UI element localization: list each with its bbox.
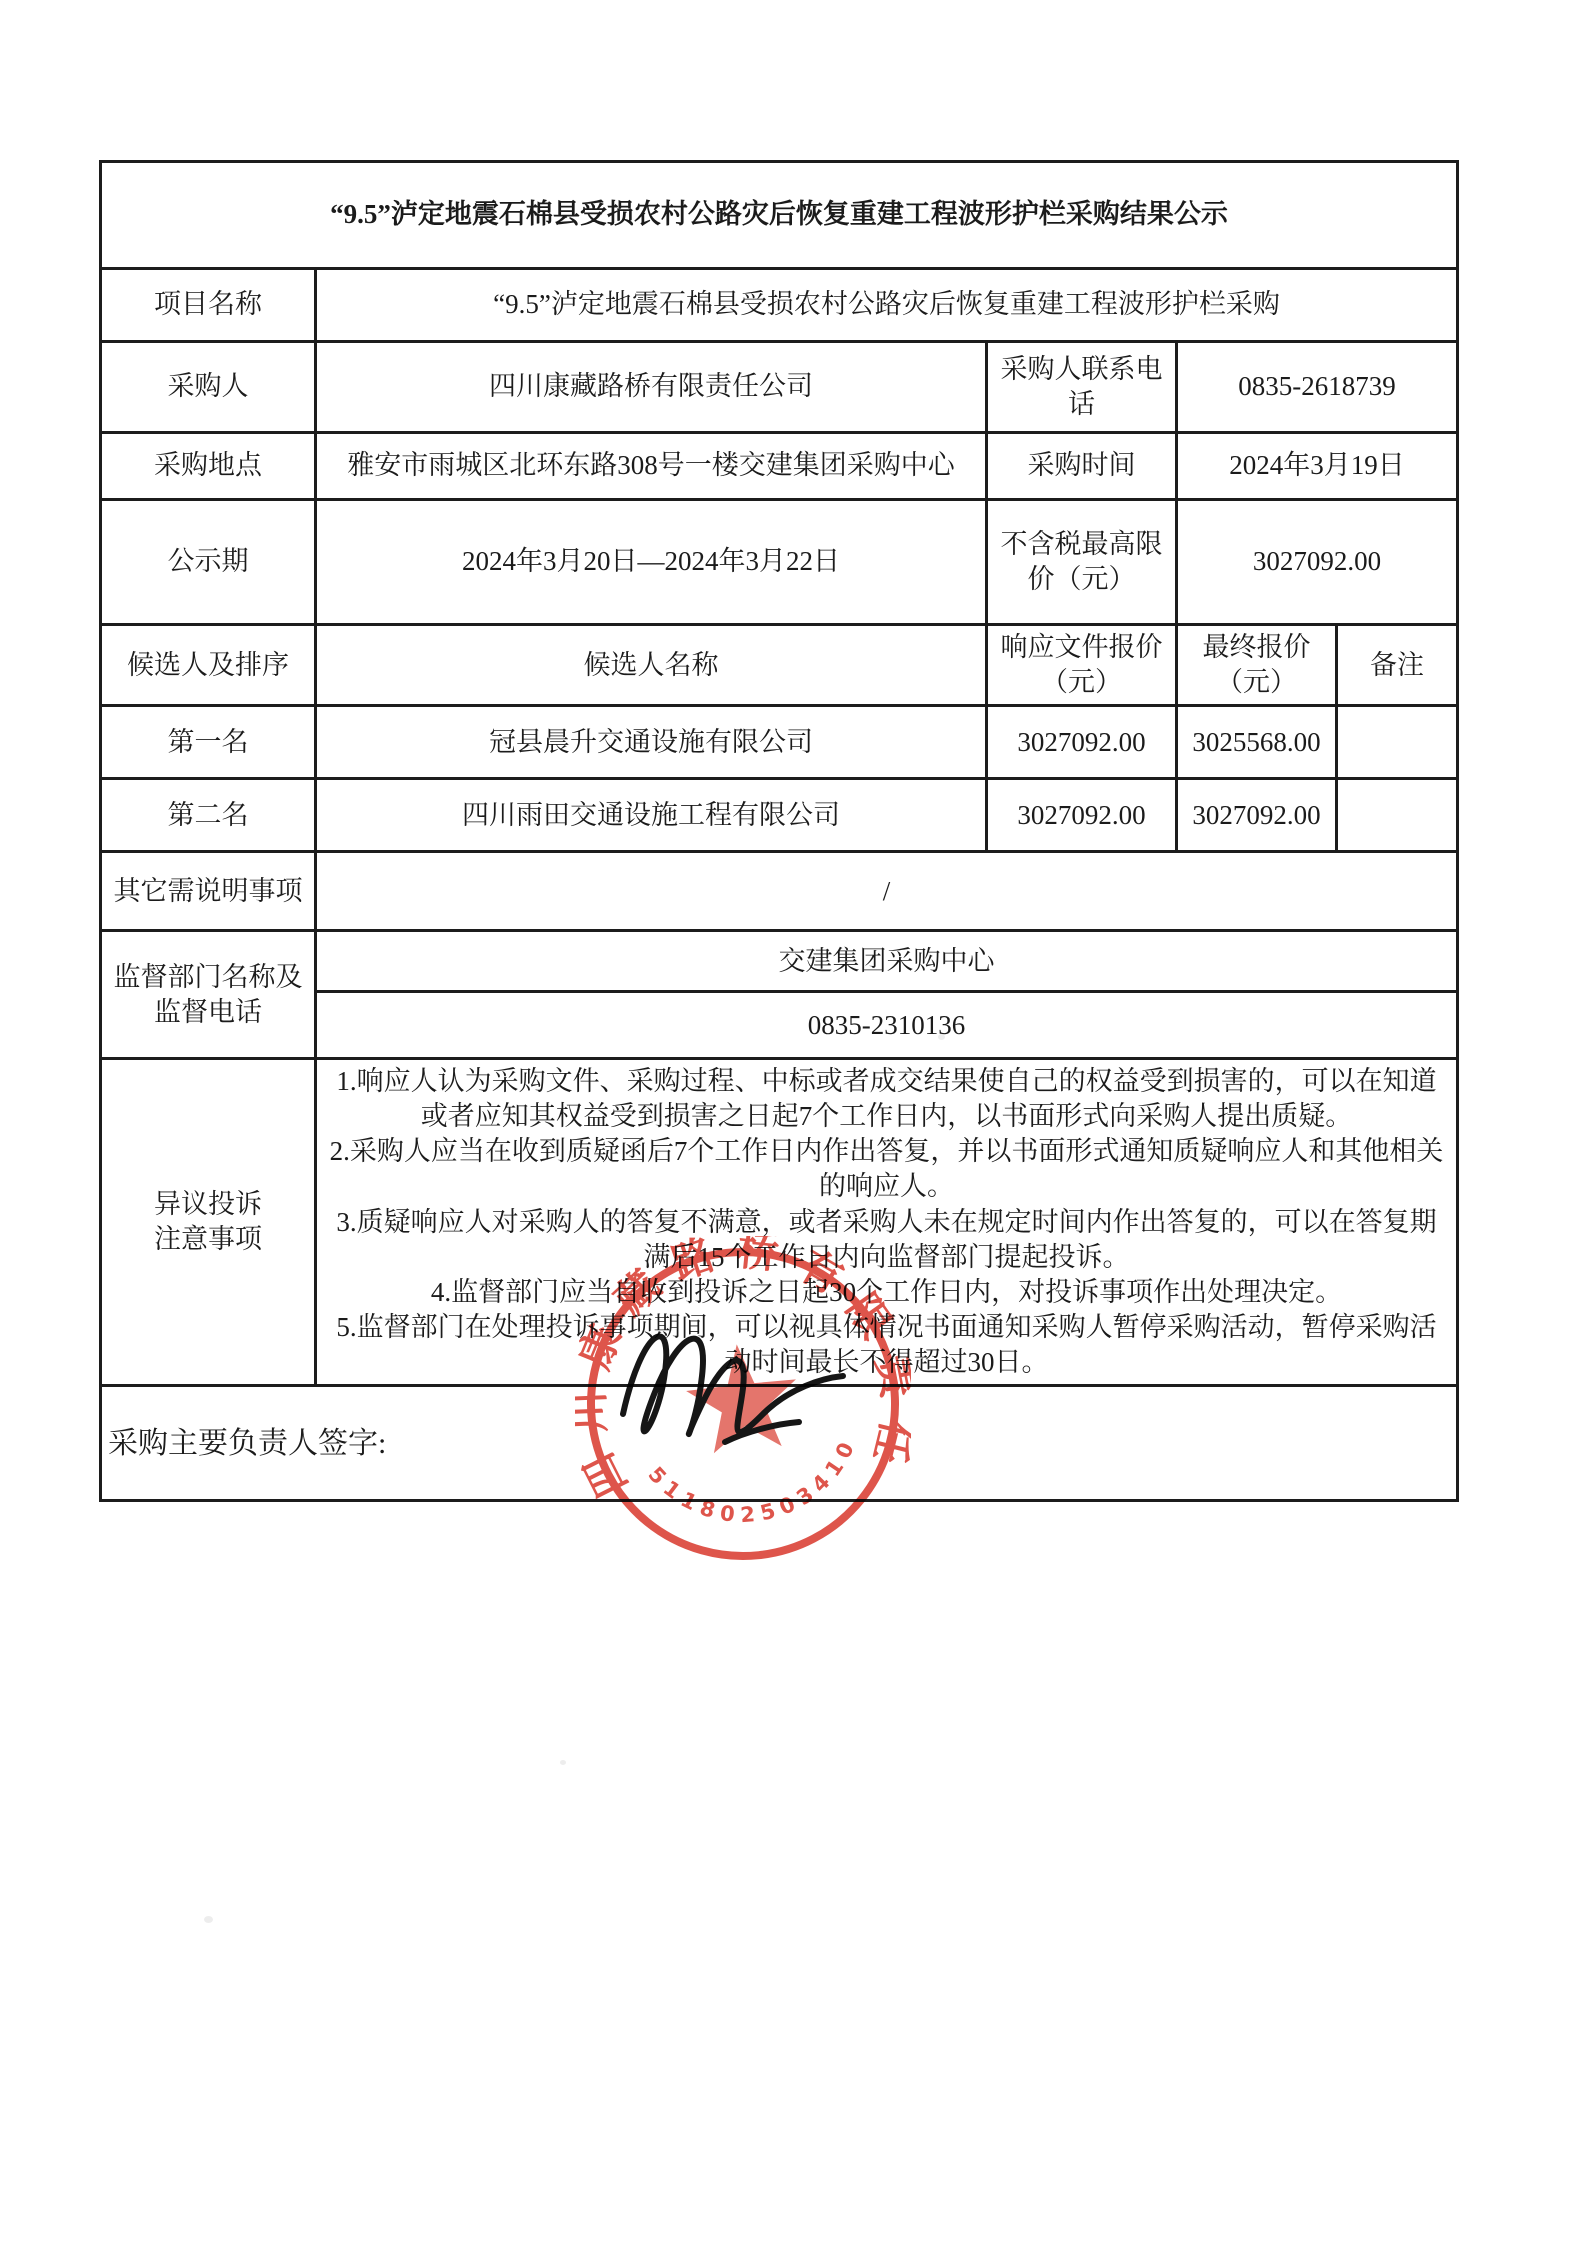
publicity-value: 2024年3月20日—2024年3月22日 bbox=[316, 500, 987, 625]
supervision-name-row: 监督部门名称及监督电话 交建集团采购中心 bbox=[101, 931, 1458, 992]
remark-header: 备注 bbox=[1337, 625, 1458, 706]
candidate-bid: 3027092.00 bbox=[987, 706, 1177, 779]
signature-row: 采购主要负责人签字: bbox=[101, 1386, 1458, 1501]
candidate-name: 四川雨田交通设施工程有限公司 bbox=[316, 779, 987, 852]
candidate-name: 冠县晨升交通设施有限公司 bbox=[316, 706, 987, 779]
purchaser-row: 采购人 四川康藏路桥有限责任公司 采购人联系电话 0835-2618739 bbox=[101, 342, 1458, 433]
publicity-label: 公示期 bbox=[101, 500, 316, 625]
purchaser-phone-value: 0835-2618739 bbox=[1177, 342, 1458, 433]
candidate-rank: 第一名 bbox=[101, 706, 316, 779]
objection-item-1: 1.响应人认为采购文件、采购过程、中标或者成交结果使自己的权益受到损害的，可以在… bbox=[325, 1064, 1448, 1134]
project-value: “9.5”泸定地震石棉县受损农村公路灾后恢复重建工程波形护栏采购 bbox=[316, 269, 1458, 342]
supervision-phone: 0835-2310136 bbox=[316, 992, 1458, 1059]
candidate-row-2: 第二名 四川雨田交通设施工程有限公司 3027092.00 3027092.00 bbox=[101, 779, 1458, 852]
candidate-remark bbox=[1337, 706, 1458, 779]
candidates-header-row: 候选人及排序 候选人名称 响应文件报价（元） 最终报价（元） 备注 bbox=[101, 625, 1458, 706]
location-value: 雅安市雨城区北环东路308号一楼交建集团采购中心 bbox=[316, 433, 987, 500]
candidate-bid: 3027092.00 bbox=[987, 779, 1177, 852]
objection-item-4: 4.监督部门应当自收到投诉之日起30个工作日内，对投诉事项作出处理决定。 bbox=[325, 1275, 1448, 1310]
supervision-label: 监督部门名称及监督电话 bbox=[101, 931, 316, 1059]
signature-label: 采购主要负责人签字: bbox=[101, 1386, 1458, 1501]
objection-item-3: 3.质疑响应人对采购人的答复不满意，或者采购人未在规定时间内作出答复的，可以在答… bbox=[325, 1205, 1448, 1275]
objection-row: 异议投诉注意事项 1.响应人认为采购文件、采购过程、中标或者成交结果使自己的权益… bbox=[101, 1059, 1458, 1386]
publicity-row: 公示期 2024年3月20日—2024年3月22日 不含税最高限价（元） 302… bbox=[101, 500, 1458, 625]
objection-text: 1.响应人认为采购文件、采购过程、中标或者成交结果使自己的权益受到损害的，可以在… bbox=[316, 1059, 1458, 1386]
announcement-table: “9.5”泸定地震石棉县受损农村公路灾后恢复重建工程波形护栏采购结果公示 项目名… bbox=[99, 160, 1456, 1502]
purchaser-value: 四川康藏路桥有限责任公司 bbox=[316, 342, 987, 433]
document-title: “9.5”泸定地震石棉县受损农村公路灾后恢复重建工程波形护栏采购结果公示 bbox=[101, 162, 1458, 269]
location-row: 采购地点 雅安市雨城区北环东路308号一楼交建集团采购中心 采购时间 2024年… bbox=[101, 433, 1458, 500]
objection-item-5: 5.监督部门在处理投诉事项期间，可以视具体情况书面通知采购人暂停采购活动，暂停采… bbox=[325, 1310, 1448, 1380]
candidate-remark bbox=[1337, 779, 1458, 852]
candidate-final-price: 3027092.00 bbox=[1177, 779, 1337, 852]
purchase-time-value: 2024年3月19日 bbox=[1177, 433, 1458, 500]
rank-header: 候选人及排序 bbox=[101, 625, 316, 706]
scan-speck bbox=[204, 1916, 213, 1923]
objection-label: 异议投诉注意事项 bbox=[101, 1059, 316, 1386]
purchase-time-label: 采购时间 bbox=[987, 433, 1177, 500]
candidate-rank: 第二名 bbox=[101, 779, 316, 852]
purchaser-phone-label: 采购人联系电话 bbox=[987, 342, 1177, 433]
candidate-final-price: 3025568.00 bbox=[1177, 706, 1337, 779]
final-price-header: 最终报价（元） bbox=[1177, 625, 1337, 706]
max-price-label: 不含税最高限价（元） bbox=[987, 500, 1177, 625]
other-notes-row: 其它需说明事项 / bbox=[101, 852, 1458, 931]
candidate-row-1: 第一名 冠县晨升交通设施有限公司 3027092.00 3025568.00 bbox=[101, 706, 1458, 779]
other-notes-value: / bbox=[316, 852, 1458, 931]
scan-speck bbox=[938, 1034, 945, 1040]
scan-speck bbox=[560, 1760, 566, 1765]
objection-item-2: 2.采购人应当在收到质疑函后7个工作日内作出答复，并以书面形式通知质疑响应人和其… bbox=[325, 1134, 1448, 1204]
location-label: 采购地点 bbox=[101, 433, 316, 500]
supervision-name: 交建集团采购中心 bbox=[316, 931, 1458, 992]
other-notes-label: 其它需说明事项 bbox=[101, 852, 316, 931]
title-row: “9.5”泸定地震石棉县受损农村公路灾后恢复重建工程波形护栏采购结果公示 bbox=[101, 162, 1458, 269]
project-label: 项目名称 bbox=[101, 269, 316, 342]
max-price-value: 3027092.00 bbox=[1177, 500, 1458, 625]
purchaser-label: 采购人 bbox=[101, 342, 316, 433]
bid-header: 响应文件报价（元） bbox=[987, 625, 1177, 706]
candidate-name-header: 候选人名称 bbox=[316, 625, 987, 706]
project-row: 项目名称 “9.5”泸定地震石棉县受损农村公路灾后恢复重建工程波形护栏采购 bbox=[101, 269, 1458, 342]
